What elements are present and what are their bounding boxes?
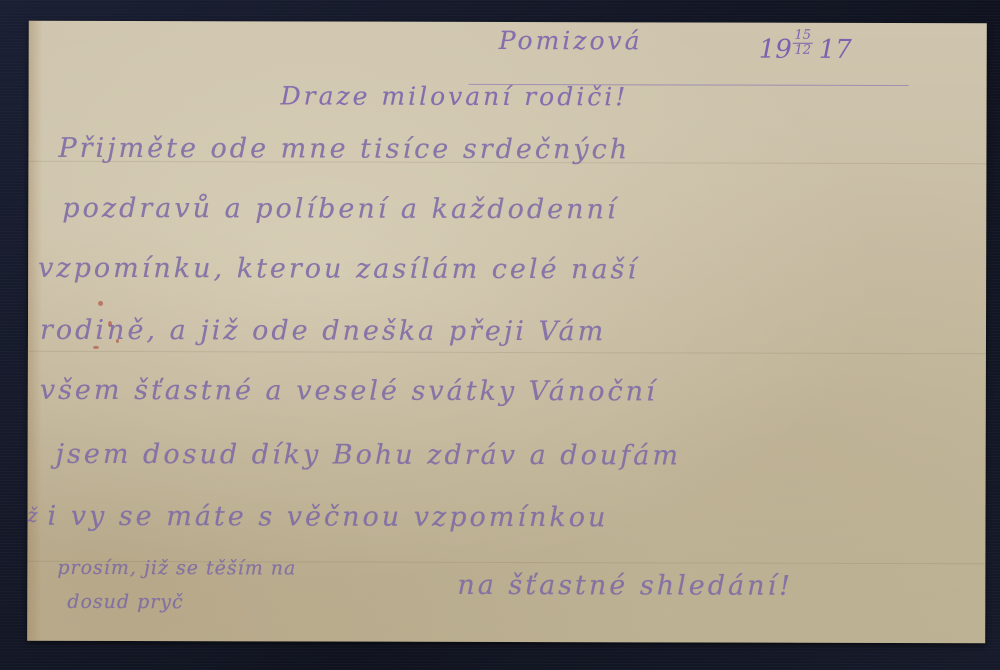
letter-line: dosud pryč [67, 591, 183, 613]
red-stain [98, 301, 103, 306]
letter-line: vzpomínku, kterou zasílám celé naší [38, 253, 639, 286]
date-month: 12 [794, 44, 811, 58]
date-prefix: 19 [759, 35, 792, 65]
letter-line: rodině, a již ode dneška přeji Vám [40, 315, 606, 347]
letter-line: všem šťastné a veselé svátky Vánoční [40, 375, 658, 408]
date-day-month: 15 12 [793, 29, 813, 58]
letter-line: jsem dosud díky Bohu zdráv a doufám [56, 439, 681, 472]
red-stain [93, 346, 99, 349]
date-suffix: 17 [819, 35, 852, 65]
letter-line: Přijměte ode mne tisíce srdečných [58, 133, 630, 165]
letter-line: prosím, již se těším na [57, 557, 296, 580]
letter-line: pozdravů a políbení a každodenní [62, 193, 618, 225]
closing-line: na šťastné shledání! [457, 570, 793, 602]
postcard: Pomizová 19 15 12 17 Draze milovaní rodi… [27, 21, 987, 644]
margin-note: ž [27, 505, 38, 527]
date-day: 15 [794, 29, 811, 43]
paper-crease [28, 351, 986, 355]
salutation: Draze milovaní rodiči! [281, 81, 629, 111]
place-name: Pomizová [499, 26, 643, 55]
letter-line: i vy se máte s věčnou vzpomínkou [47, 501, 608, 533]
